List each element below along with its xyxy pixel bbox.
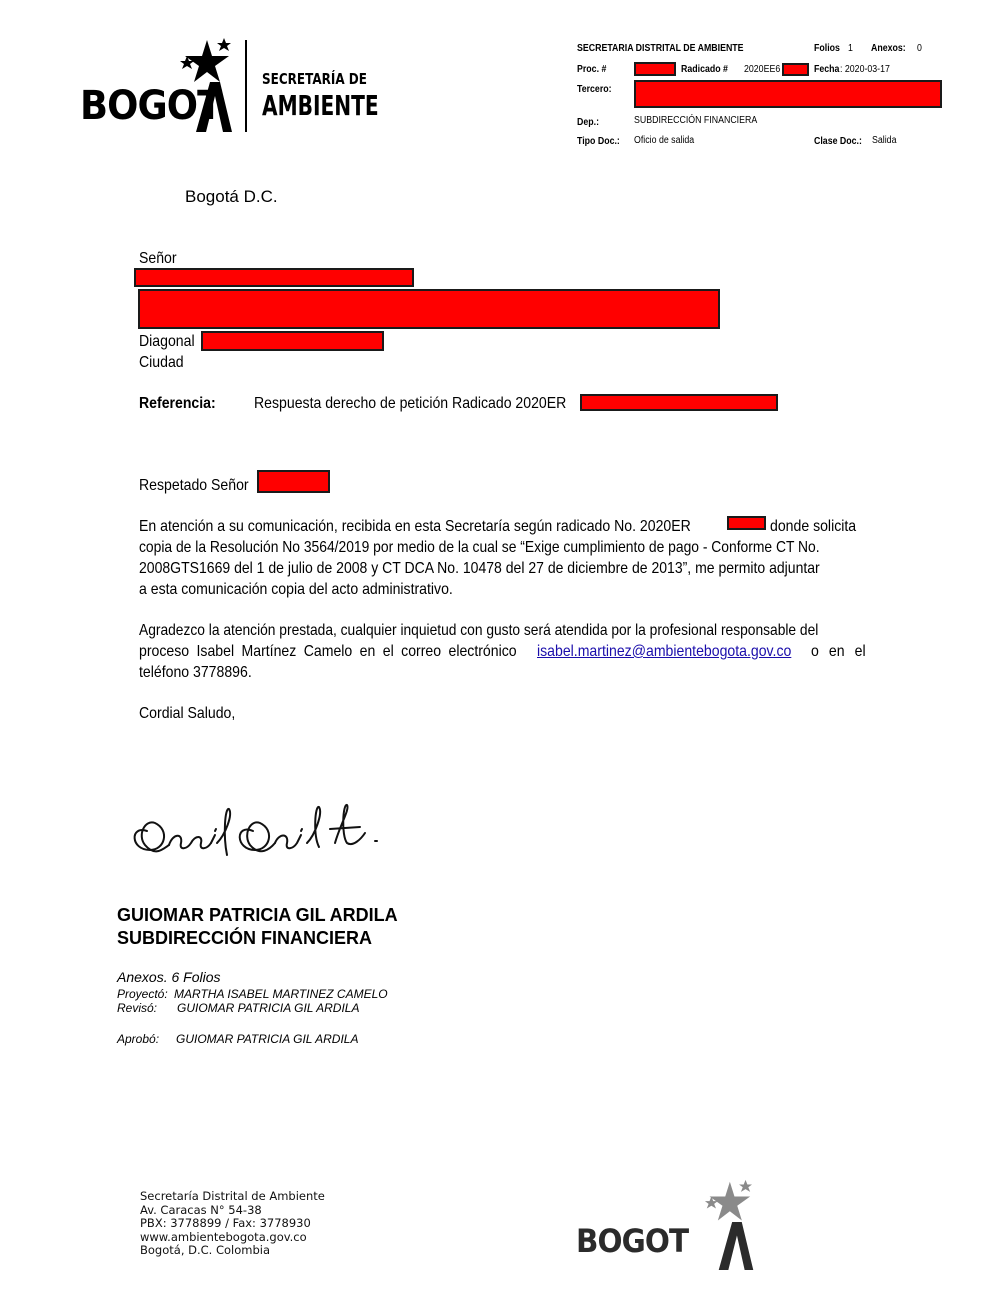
address-prefix: Diagonal	[139, 331, 195, 352]
para1-line2: copia de la Resolución No 3564/2019 por …	[139, 537, 820, 558]
handwritten-signature	[125, 795, 435, 865]
para1-line1b: donde solicita	[770, 516, 856, 537]
footer-logo-a-glyph-icon	[718, 1222, 754, 1270]
para2-line2b: o en el	[811, 641, 866, 662]
tipo-doc-label: Tipo Doc.:	[577, 137, 620, 147]
approved-by: GUIOMAR PATRICIA GIL ARDILA	[176, 1032, 358, 1046]
clase-doc-value: Salida	[872, 136, 896, 146]
footer-line: Av. Caracas N° 54-38	[140, 1204, 340, 1218]
folios-value: 1	[848, 44, 853, 54]
entity-name: SECRETARIA DISTRITAL DE AMBIENTE	[577, 44, 744, 54]
reviewed-by: GUIOMAR PATRICIA GIL ARDILA	[177, 1001, 359, 1015]
redacted-request-number	[727, 516, 766, 530]
fecha-label: Fecha	[814, 65, 839, 75]
folios-label: Folios	[814, 44, 840, 54]
footer-line: Secretaría Distrital de Ambiente	[140, 1190, 340, 1204]
redacted-greeting-name	[257, 470, 330, 493]
footer-line: Bogotá, D.C. Colombia	[140, 1244, 340, 1258]
signer-department: SUBDIRECCIÓN FINANCIERA	[117, 927, 372, 949]
signer-name: GUIOMAR PATRICIA GIL ARDILA	[117, 904, 398, 926]
footer-line: PBX: 3778899 / Fax: 3778930	[140, 1217, 340, 1231]
para2-line3: teléfono 3778896.	[139, 662, 252, 683]
reference-label: Referencia:	[139, 393, 216, 414]
para2-line1: Agradezco la atención prestada, cualquie…	[139, 620, 818, 641]
dep-value: SUBDIRECCIÓN FINANCIERA	[634, 116, 757, 126]
closing: Cordial Saludo,	[139, 703, 235, 724]
greeting: Respetado Señor	[139, 475, 249, 496]
salutation-title: Señor	[139, 248, 177, 269]
para1-line4: a esta comunicación copia del acto admin…	[139, 579, 453, 600]
dep-label: Dep.:	[577, 118, 599, 128]
email-link[interactable]: isabel.martinez@ambientebogota.gov.co	[537, 641, 791, 662]
redacted-radicado-suffix	[782, 63, 809, 76]
footer-address: Secretaría Distrital de Ambiente Av. Car…	[140, 1190, 340, 1258]
redacted-recipient-organization	[138, 289, 720, 329]
footer-logo-text: BOGOT	[576, 1225, 688, 1257]
redacted-proc-number	[634, 62, 676, 76]
redacted-reference-number	[580, 394, 778, 411]
para1-line1a: En atención a su comunicación, recibida …	[139, 516, 691, 537]
projected-label: Proyectó:	[117, 987, 168, 1001]
letter-place: Bogotá D.C.	[185, 186, 278, 207]
redacted-address	[201, 331, 384, 351]
logo-secretaria-text: SECRETARÍA DE	[262, 72, 367, 87]
reviewed-label: Revisó:	[117, 1001, 157, 1015]
tercero-label: Tercero:	[577, 85, 612, 95]
footer-stars-icon	[700, 1178, 756, 1226]
anexos-label: Anexos:	[871, 44, 906, 54]
annexes-note: Anexos. 6 Folios	[117, 970, 221, 984]
stars-icon	[175, 36, 235, 88]
redacted-recipient-name	[134, 268, 414, 287]
fecha-value: : 2020-03-17	[840, 65, 890, 75]
logo-divider	[245, 40, 247, 132]
clase-doc-label: Clase Doc.:	[814, 137, 862, 147]
projected-by: MARTHA ISABEL MARTINEZ CAMELO	[174, 987, 388, 1001]
reference-text: Respuesta derecho de petición Radicado 2…	[254, 393, 566, 414]
para1-line3: 2008GTS1669 del 1 de julio de 2008 y CT …	[139, 558, 820, 579]
city-label: Ciudad	[139, 352, 184, 373]
radicado-value: 2020EE6	[744, 65, 780, 75]
redacted-tercero	[634, 80, 942, 108]
logo-a-glyph-icon	[196, 82, 232, 132]
radicado-label: Radicado #	[681, 65, 728, 75]
footer-line: www.ambientebogota.gov.co	[140, 1231, 340, 1245]
anexos-value: 0	[917, 44, 922, 54]
tipo-doc-value: Oficio de salida	[634, 136, 694, 146]
logo-ambiente-text: AMBIENTE	[262, 92, 379, 120]
proc-label: Proc. #	[577, 65, 606, 75]
approved-label: Aprobó:	[117, 1032, 159, 1046]
para2-line2a: proceso Isabel Martínez Camelo en el cor…	[139, 641, 517, 662]
